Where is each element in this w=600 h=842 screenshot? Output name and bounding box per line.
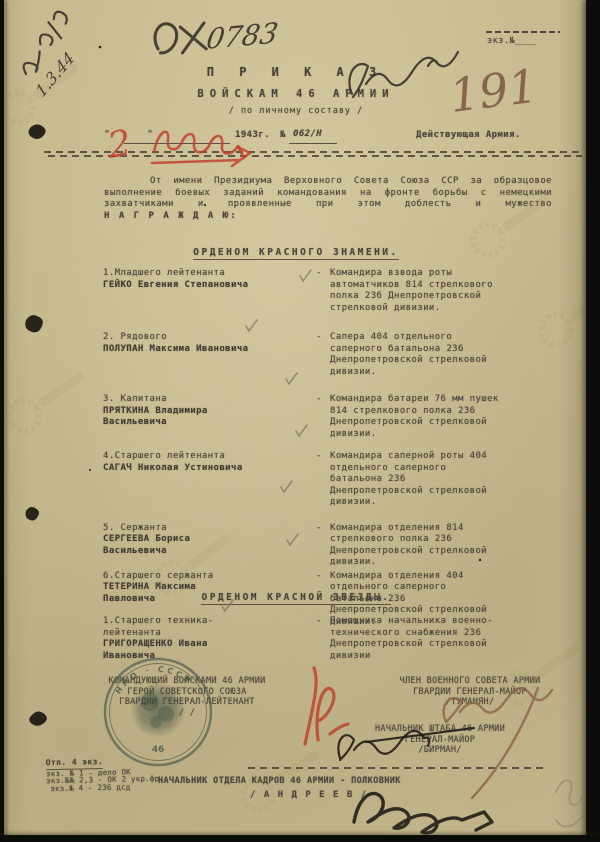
scan-edge-left bbox=[0, 0, 4, 842]
award-description: Командира саперной роты 404 отдельного с… bbox=[330, 451, 502, 509]
year: 1943г. bbox=[235, 130, 270, 142]
personnel-chief-line: НАЧАЛЬНИК ОТДЕЛА КАДРОВ 46 АРМИИ - ПОЛКО… bbox=[158, 776, 401, 788]
award-item: 1.Старшего техника-лейтенантаГРИГОРАЩЕНК… bbox=[103, 616, 533, 662]
award-description: Командира отделения 814 стрелкового полк… bbox=[330, 523, 502, 569]
commander-signature-block: КОМАНДУЮЩИЙ ВОЙСКАМИ 46 АРМИИ ГЕРОЙ СОВЕ… bbox=[58, 676, 316, 718]
personnel-chief-signature-handwriting bbox=[354, 794, 492, 833]
awardee-name: ПОЛУПАН Максима Ивановича bbox=[103, 344, 251, 356]
red-star-award-list: 1.Старшего техника-лейтенантаГРИГОРАЩЕНК… bbox=[103, 616, 533, 662]
red-banner-award-list: 1.Младшего лейтенантаГЕЙКО Евгения Степа… bbox=[103, 268, 533, 628]
personnel-line: / по личному составу / bbox=[0, 106, 592, 118]
awardee-column: 5. СержантаСЕРГЕЕВА Бориса Васильевича bbox=[103, 523, 308, 569]
chief-of-staff-signature-block: НАЧАЛЬНИК ШТАБА 46 АРМИИ ГЕНЕРАЛ-МАЙОР /… bbox=[342, 724, 538, 756]
awardee-name: СЕРГЕЕВА Бориса Васильевича bbox=[103, 534, 251, 557]
awardee-rank: 4.Старшего лейтенанта bbox=[103, 451, 251, 463]
registration-note-handwriting: 1.3.44 bbox=[8, 9, 96, 101]
exemplar-number: экз.№____ bbox=[487, 36, 536, 48]
svg-text:0783: 0783 bbox=[204, 17, 280, 56]
award-word: Н А Г Р А Ж Д А Ю: bbox=[104, 211, 238, 221]
separator-line bbox=[48, 155, 582, 157]
item-dash: - bbox=[308, 332, 330, 378]
award-item: 5. СержантаСЕРГЕЕВА Бориса Васильевича-К… bbox=[103, 523, 533, 569]
item-dash: - bbox=[308, 451, 330, 509]
number-sign: № bbox=[280, 130, 286, 142]
council-member-signature-block: ЧЛЕН ВОЕННОГО СОВЕТА АРМИИ ГВАРДИИ ГЕНЕР… bbox=[372, 676, 568, 708]
section-heading-red-banner: ОРДЕНОМ КРАСНОГО ЗНАМЕНИ. bbox=[0, 247, 592, 259]
award-description: Командира батареи 76 мм пушек 814 стрелк… bbox=[330, 394, 502, 440]
awardee-name: ТЕТЕРИНА Максима Павловича bbox=[103, 582, 251, 605]
order-title: П Р И К А З bbox=[0, 67, 592, 79]
open-quote: " bbox=[104, 129, 110, 141]
order-number: 062/Н bbox=[293, 129, 322, 141]
awardee-rank: 5. Сержанта bbox=[103, 523, 251, 535]
incoming-number-handwriting: 0783 bbox=[154, 14, 283, 60]
award-item: 3. КапитанаПРЯТКИНА Владимира Васильевич… bbox=[103, 394, 533, 440]
awardee-column: 2. РядовогоПОЛУПАН Максима Ивановича bbox=[103, 332, 308, 378]
item-dash: - bbox=[308, 616, 330, 662]
awardee-rank: 6.Старшего сержанта bbox=[103, 571, 251, 583]
preamble: От имени Президиума Верховного Совета Со… bbox=[104, 176, 552, 222]
award-item: 1.Младшего лейтенантаГЕЙКО Евгения Степа… bbox=[103, 268, 533, 314]
awardee-name: ГЕЙКО Евгения Степановича bbox=[103, 280, 251, 292]
scan-edge-bottom bbox=[0, 835, 600, 842]
award-item: 2. РядовогоПОЛУПАН Максима Ивановича-Сап… bbox=[103, 332, 533, 378]
awardee-column: 1.Старшего техника-лейтенантаГРИГОРАЩЕНК… bbox=[103, 616, 308, 662]
awardee-column: 3. КапитанаПРЯТКИНА Владимира Васильевич… bbox=[103, 394, 308, 440]
award-description: Сапера 404 отдельного саперного батальон… bbox=[330, 332, 502, 378]
copies-note: Отп. 4 экз. экз. № 1 - дело ОК экз.№№ 2,… bbox=[46, 756, 165, 794]
item-dash: - bbox=[308, 394, 330, 440]
active-army-label: Действующая Армия. bbox=[416, 130, 521, 142]
document-page: экз.№____ П Р И К А З ВОЙСКАМ 46 АРМИИ /… bbox=[0, 0, 600, 842]
awardee-name: ГРИГОРАЩЕНКО Ивана Ивановича bbox=[103, 639, 251, 662]
award-description: Помощника начальника военно-технического… bbox=[330, 616, 502, 662]
item-dash: - bbox=[308, 268, 330, 314]
personnel-chief-name: / А Н Д Р Е Е В / bbox=[250, 790, 368, 802]
awardee-name: САГАЧ Николая Устиновича bbox=[103, 463, 251, 475]
awardee-column: 4.Старшего лейтенантаСАГАЧ Николая Устин… bbox=[103, 451, 308, 509]
scan-edge-right bbox=[586, 0, 600, 842]
awardee-name: ПРЯТКИНА Владимира Васильевича bbox=[103, 406, 251, 429]
item-dash: - bbox=[308, 523, 330, 569]
awardee-rank: 1.Старшего техника-лейтенанта bbox=[103, 616, 251, 639]
awardee-rank: 3. Капитана bbox=[103, 394, 251, 406]
awardee-column: 1.Младшего лейтенантаГЕЙКО Евгения Степа… bbox=[103, 268, 308, 314]
commander-name-slashes: / / bbox=[58, 708, 316, 719]
order-number-underline bbox=[289, 143, 337, 144]
separator-line bbox=[44, 151, 584, 153]
army-line: ВОЙСКАМ 46 АРМИИ bbox=[0, 89, 592, 101]
stamp-number: 46 bbox=[152, 745, 165, 755]
awardee-rank: 1.Младшего лейтенанта bbox=[103, 268, 251, 280]
footer-separator-line bbox=[248, 767, 548, 769]
struck-out-line bbox=[486, 31, 560, 33]
date-blank-line bbox=[124, 143, 230, 144]
awardee-rank: 2. Рядового bbox=[103, 332, 251, 344]
award-item: 4.Старшего лейтенантаСАГАЧ Николая Устин… bbox=[103, 451, 533, 509]
award-description: Командира взвода роты автоматчиков 814 с… bbox=[330, 268, 502, 314]
close-quote: " bbox=[147, 129, 153, 141]
pencil-mark bbox=[556, 780, 582, 826]
